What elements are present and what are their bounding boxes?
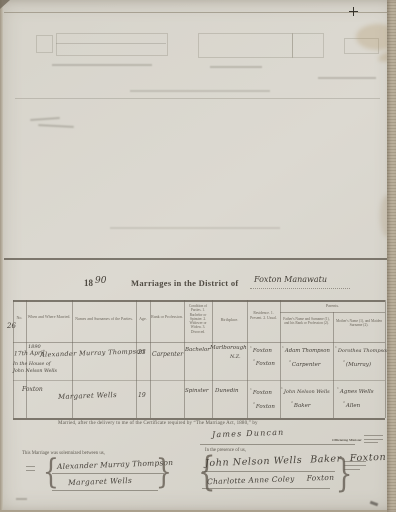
form-numeral: 2 (343, 400, 345, 404)
registration-cross-mark (349, 7, 358, 16)
ghost-text-bar (52, 64, 152, 66)
micro-print-line (26, 466, 35, 467)
solemnized-label: This Marriage was solemnized between us, (22, 451, 105, 456)
table-border (13, 300, 385, 302)
micro-print-line (364, 439, 383, 440)
groom-age: 23 (138, 349, 146, 356)
district-handwritten: Foxton Manawatu (254, 275, 327, 284)
form-number-smudge (16, 498, 27, 500)
ghost-box (56, 33, 168, 56)
groom-birthplace: Marlborough (210, 345, 247, 351)
header-when-where: When and Where Married. (27, 315, 71, 320)
ghost-box (292, 33, 324, 58)
bride-age: 19 (138, 392, 146, 399)
groom-rank: Carpenter (152, 351, 183, 358)
year-handwritten: 90 (95, 276, 106, 286)
micro-print-line (344, 461, 366, 462)
signature-line (202, 471, 335, 472)
signature-line (52, 473, 164, 474)
groom-name: Alexander Murray Thompson (40, 347, 145, 359)
groom-birthplace-2: N.Z. (230, 354, 241, 360)
header-father: Father's Name and Surname (1), and his R… (282, 317, 331, 326)
open-brace: { (43, 455, 59, 489)
form-numeral: 1 (250, 345, 252, 349)
header-parents: Parents. (280, 303, 385, 308)
book-page-edges (387, 0, 396, 512)
bride-father-rank: 2Baker (291, 400, 310, 409)
groom-father-rank: 2Carpenter (289, 359, 320, 368)
entry-place-line2: John Nelson Wells (13, 369, 57, 374)
form-numeral: 1 (282, 345, 284, 349)
micro-print-line (26, 470, 35, 471)
form-numeral: 2 (253, 358, 255, 362)
corner-mark (370, 501, 379, 507)
officiating-minister-label: Officiating Minister (332, 438, 362, 442)
signature-line (202, 488, 330, 489)
table-border (385, 300, 386, 418)
close-brace: } (156, 455, 172, 489)
page-top-rule (4, 12, 388, 13)
form-numeral: 1 (335, 345, 337, 349)
groom-father-name: 1Adam Thompson (282, 345, 330, 354)
header-age: Age. (136, 317, 150, 322)
minister-signature: James Duncan (212, 428, 285, 440)
header-mother: Mother's Name (1), and Maiden Surname (2… (335, 319, 383, 328)
register-page: 18 90 Marriages in the District of Foxto… (0, 0, 396, 512)
entry-place-line3: Foxton (22, 386, 43, 393)
witness2-signature: Charlotte Anne ColeyFoxton (207, 473, 335, 486)
bride-mother-name: 1Agnes Wells (337, 386, 374, 395)
table-line (333, 312, 334, 418)
ghost-line (15, 98, 380, 99)
micro-print-line (344, 465, 366, 466)
entry-place-line1: In the House of (13, 362, 51, 367)
bride-signature: Margaret Wells (68, 476, 132, 487)
ghost-text-bar (318, 77, 376, 79)
micro-print-line (364, 435, 383, 436)
district-underline: Foxton Manawatu (250, 272, 350, 289)
certificate-statement: Married, after the delivery to me of the… (58, 421, 258, 426)
year-printed: 18 (84, 278, 93, 288)
bride-father-name: 1John Nelson Wells (281, 386, 330, 395)
bride-mother-maiden: 2Allen (343, 400, 360, 409)
header-residence: Residence. 1. Present. 2. Usual. (248, 311, 279, 320)
ghost-text-bar (110, 227, 280, 229)
table-line (280, 300, 281, 418)
groom-condition: Bachelor (185, 347, 210, 353)
header-rank: Rank or Profession. (151, 315, 183, 320)
bride-residence-usual: 2Foxton (253, 401, 275, 410)
signature-line (52, 490, 158, 491)
form-numeral: 2 (253, 401, 255, 405)
bride-birthplace: Dunedin (215, 388, 239, 394)
header-condition: Condition of Parties. 1. Bachelor or Spi… (185, 304, 211, 334)
ghost-box (198, 33, 293, 58)
header-names: Names and Surnames of the Parties. (74, 317, 134, 322)
groom-mother-name: 1Dorothea Thompson (335, 345, 389, 354)
photograph-frame: 18 90 Marriages in the District of Foxto… (0, 0, 396, 512)
form-numeral: 2 (343, 359, 345, 363)
groom-residence-usual: 2Foxton (253, 358, 275, 367)
ghost-text-bar (130, 90, 270, 92)
micro-print-line (364, 442, 378, 443)
table-line (13, 380, 385, 381)
table-border (13, 418, 385, 420)
groom-mother-maiden: 2(Murray) (343, 359, 371, 368)
bride-condition: Spinster (185, 388, 209, 394)
header-no: No. (13, 316, 26, 321)
ghost-line (56, 43, 166, 44)
register-table: No. When and Where Married. Names and Su… (13, 300, 385, 418)
ghost-writing-smudge (38, 124, 74, 128)
header-birthplace: Birthplace. (213, 318, 246, 323)
form-title: Marriages in the District of (131, 278, 239, 288)
table-line (13, 342, 385, 343)
ghost-writing-smudge (30, 117, 60, 121)
form-numeral: 2 (289, 359, 291, 363)
form-numeral: 1 (250, 387, 252, 391)
bride-residence-present: 1Foxton (250, 387, 272, 396)
close-brace: } (336, 454, 353, 492)
groom-residence-present: 1Foxton (250, 345, 272, 354)
micro-print-line (344, 469, 360, 470)
ghost-text-bar (210, 66, 262, 68)
form-numeral: 1 (281, 386, 283, 390)
form-numeral: 1 (337, 386, 339, 390)
page-left-edge (0, 0, 3, 512)
signature-line (200, 444, 355, 445)
ghost-box (36, 35, 53, 53)
form-numeral: 2 (291, 400, 293, 404)
section-top-rule (4, 258, 388, 260)
bride-name: Margaret Wells (58, 391, 117, 401)
